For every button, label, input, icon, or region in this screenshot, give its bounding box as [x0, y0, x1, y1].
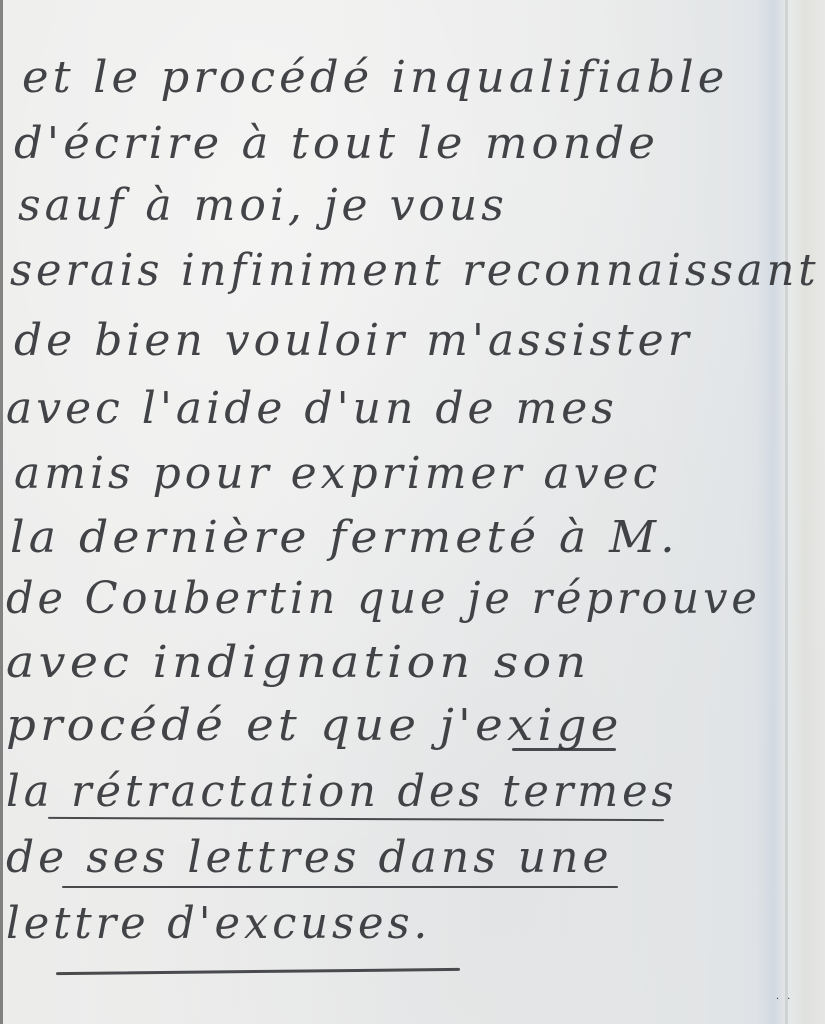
paper-fold: [758, 0, 788, 1024]
handwritten-line: amis pour exprimer avec: [14, 448, 661, 499]
handwritten-line: sauf à moi, je vous: [18, 180, 508, 231]
handwritten-line: de bien vouloir m'assister: [14, 315, 693, 366]
underline-lettres: [62, 886, 618, 888]
page-edge: [0, 0, 3, 1024]
paper-specks: ··: [776, 994, 798, 1005]
handwritten-line: procédé et que j'exige: [6, 700, 623, 751]
handwritten-line: la rétractation des termes: [6, 766, 678, 817]
letter-page: et le procédé inqualifiable d'écrire à t…: [0, 0, 825, 1024]
handwritten-line: et le procédé inqualifiable: [22, 52, 728, 103]
handwritten-line: de ses lettres dans une: [6, 832, 613, 883]
handwritten-line: lettre d'excuses.: [6, 898, 431, 949]
handwritten-line: de Coubertin que je réprouve: [6, 573, 761, 624]
handwritten-line: la dernière fermeté à M.: [10, 512, 679, 563]
handwritten-line: avec indignation son: [6, 637, 590, 688]
paper-fold-crease: [785, 0, 788, 1024]
underline-exige: [512, 748, 616, 751]
handwritten-line: d'écrire à tout le monde: [14, 118, 659, 169]
underline-retractation: [48, 817, 664, 821]
handwritten-line: serais infiniment reconnaissant: [10, 245, 820, 296]
underline-excuses: [56, 968, 460, 975]
handwritten-line: avec l'aide d'un de mes: [6, 383, 618, 434]
